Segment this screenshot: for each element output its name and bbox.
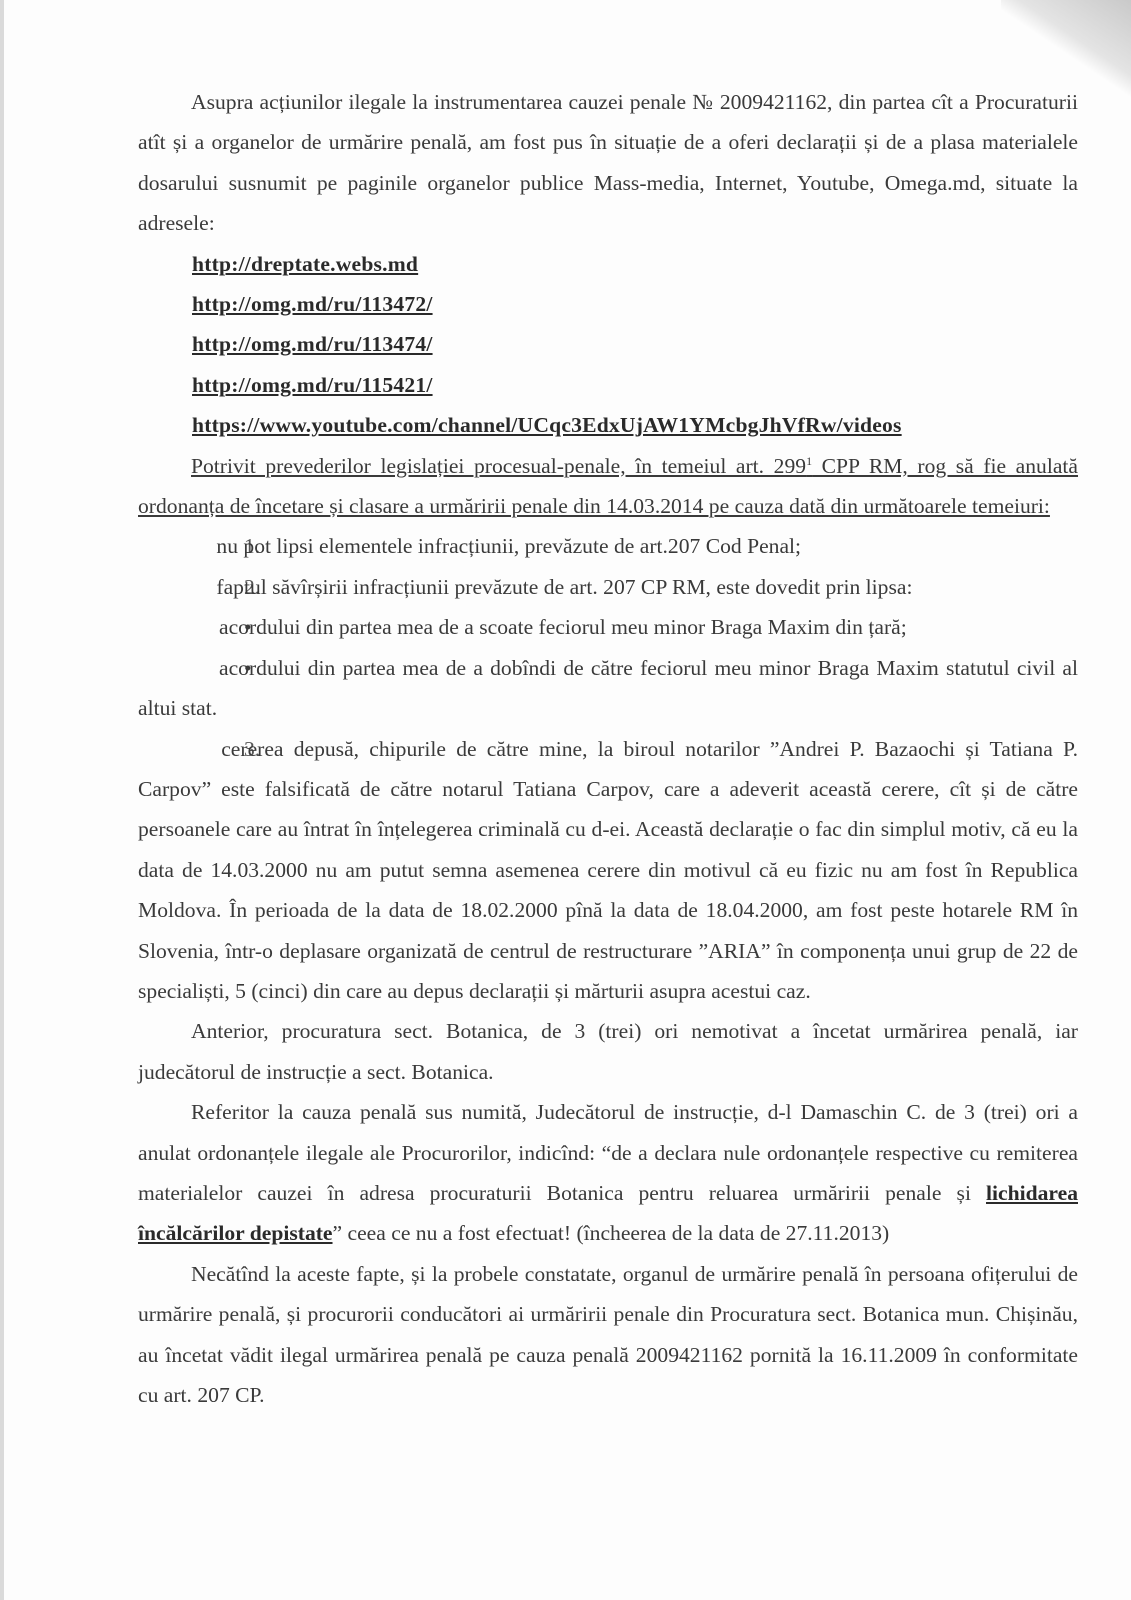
link-omg-115421[interactable]: http://omg.md/ru/115421/ [192,365,1078,405]
document-page: Asupra acțiunilor ilegale la instrumenta… [138,82,1078,1415]
link-dreptate[interactable]: http://dreptate.webs.md [192,244,1078,284]
ground-1: 1. nu pot lipsi elementele infracțiunii,… [138,526,1078,566]
paragraph-referitor: Referitor la cauza penală sus numită, Ju… [138,1092,1078,1254]
bullet-item-1: •acordului din partea mea de a scoate fe… [138,607,1078,647]
bullet-icon: • [191,607,219,647]
scan-edge [0,0,4,1600]
link-list: http://dreptate.webs.md http://omg.md/ru… [138,244,1078,446]
bullet-item-2: •acordului din partea mea de a dobîndi d… [138,648,1078,729]
paragraph-necatind: Necătînd la aceste fapte, și la probele … [138,1254,1078,1416]
ground-3: 3. cererea depusă, chipurile de către mi… [138,729,1078,1012]
request-paragraph: Potrivit prevederilor legislației proces… [138,446,1078,527]
paragraph-anterior: Anterior, procuratura sect. Botanica, de… [138,1011,1078,1092]
link-omg-113472[interactable]: http://omg.md/ru/113472/ [192,284,1078,324]
link-youtube-channel[interactable]: https://www.youtube.com/channel/UCqc3Edx… [192,405,1078,445]
ground-2: 2. faptul săvîrșirii infracțiunii prevăz… [138,567,1078,607]
intro-paragraph: Asupra acțiunilor ilegale la instrumenta… [138,82,1078,244]
bullet-icon: • [191,648,219,688]
link-omg-113474[interactable]: http://omg.md/ru/113474/ [192,324,1078,364]
